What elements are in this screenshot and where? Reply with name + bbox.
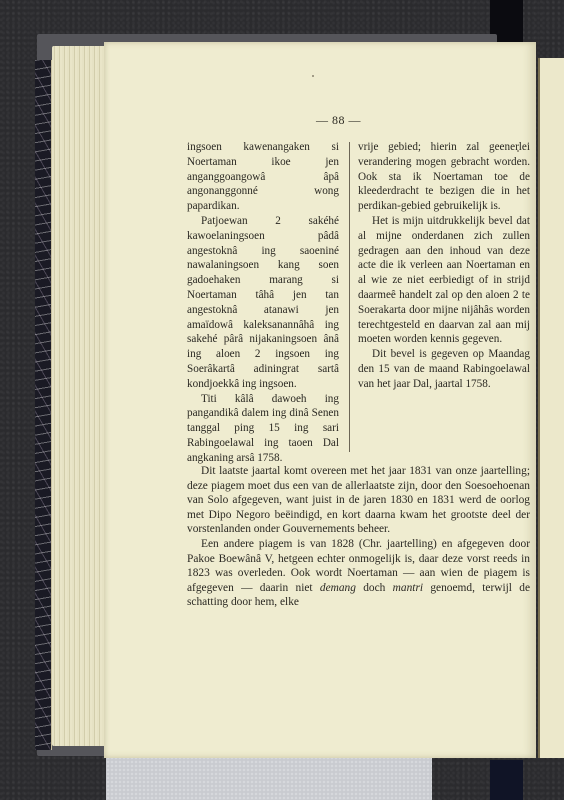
paragraph: Patjoewan 2 sakéhé kawoelaningsoen pâdâ …: [187, 214, 339, 392]
paragraph: Titi kâlâ dawoeh ing pangandikâ dalem in…: [187, 392, 339, 466]
page-stack-edge: [52, 46, 104, 746]
text-run: doch: [356, 582, 393, 594]
italic-term: demang: [320, 582, 356, 594]
paragraph: Het is mijn uitdrukkelijk bevel dat al m…: [358, 214, 530, 347]
body-text: Dit laatste jaartal komt overeen met het…: [187, 464, 530, 610]
paragraph: vrije gebied; hierin zal geenerlei veran…: [358, 140, 530, 214]
dutch-column: vrije gebied; hierin zal geenerlei veran…: [358, 140, 530, 392]
paragraph: Dit bevel is gegeven op Maandag den 15 v…: [358, 347, 530, 391]
background-gap-bottom: [490, 760, 523, 800]
tissue-paper: [106, 752, 432, 800]
paragraph: Dit laatste jaartal komt overeen met het…: [187, 464, 530, 537]
page-number: — 88 —: [316, 113, 361, 128]
italic-term: mantri: [393, 582, 423, 594]
column-divider: [349, 142, 350, 452]
javanese-column: ingsoen kawenangaken si Noertaman ikoe j…: [187, 140, 339, 466]
paper-speck: [312, 75, 314, 77]
facing-page-edge: [538, 58, 564, 758]
paragraph: ingsoen kawenangaken si Noertaman ikoe j…: [187, 140, 339, 214]
paragraph: Een andere piagem is van 1828 (Chr. jaar…: [187, 537, 530, 610]
marbled-edge: [35, 60, 52, 750]
